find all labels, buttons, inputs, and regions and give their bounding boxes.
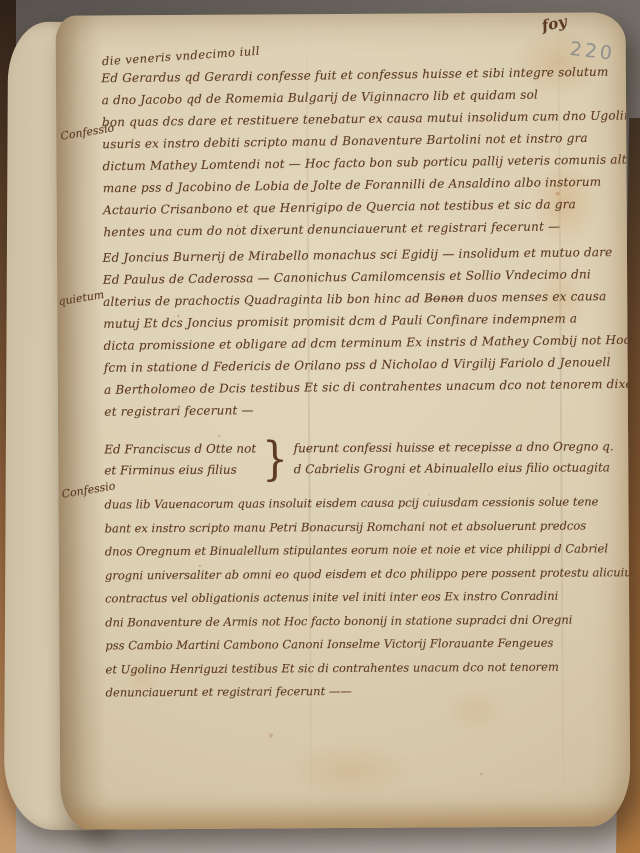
manuscript-line: contractus vel obligationis actenus init…	[105, 584, 629, 611]
manuscript-line: duas lib Vauenacorum quas insoluit eisde…	[104, 490, 628, 517]
entry-3-parties-block: Ed Franciscus d Otte not et Firminus eiu…	[104, 436, 614, 481]
entry-3-text-block: duas lib Vauenacorum quas insoluit eisde…	[104, 490, 629, 705]
fox-stain	[260, 729, 440, 810]
entry-3-party-names: Ed Franciscus d Otte not et Firminus eiu…	[104, 439, 256, 482]
brace-icon: }	[262, 435, 288, 483]
browned-bottom-edge	[60, 800, 630, 829]
party-line: et Firminus eius filius	[104, 460, 256, 482]
manuscript-line: pss Cambio Martini Cambono Canoni Ionsel…	[105, 631, 629, 658]
manuscript-page: foy 220 die veneris vndecimo iull Confes…	[56, 12, 631, 829]
entry-3-opening-lines: fuerunt confessi huisse et recepisse a d…	[294, 436, 614, 480]
folio-ink-mark: foy	[540, 12, 568, 35]
manuscript-line: et registrari fecerunt —	[104, 395, 628, 423]
manuscript-line: dnos Oregnum et Binualellum stipulantes …	[105, 537, 629, 564]
manuscript-line: grogni universaliter ab omni eo quod eis…	[105, 561, 629, 588]
manuscript-line: bant ex instro scripto manu Petri Bonacu…	[105, 514, 629, 541]
party-line: Ed Franciscus d Otte not	[104, 439, 256, 461]
manuscript-line: denunciauerunt et registrari fecerunt ——	[106, 678, 630, 705]
entry-2-text-block: Ed Joncius Burnerij de Mirabello monachu…	[102, 241, 628, 423]
manuscript-line: d Cabrielis Grogni et Abinualello eius f…	[294, 457, 614, 480]
manuscript-line: dni Bonaventure de Armis not Hoc facto b…	[105, 608, 629, 635]
manuscript-line: fuerunt confessi huisse et recepisse a d…	[294, 436, 614, 459]
manuscript-line: et Ugolino Henriguzi testibus Et sic di …	[105, 655, 629, 682]
entry-1-text-block: Ed Gerardus qd Gerardi confesse fuit et …	[101, 60, 627, 243]
